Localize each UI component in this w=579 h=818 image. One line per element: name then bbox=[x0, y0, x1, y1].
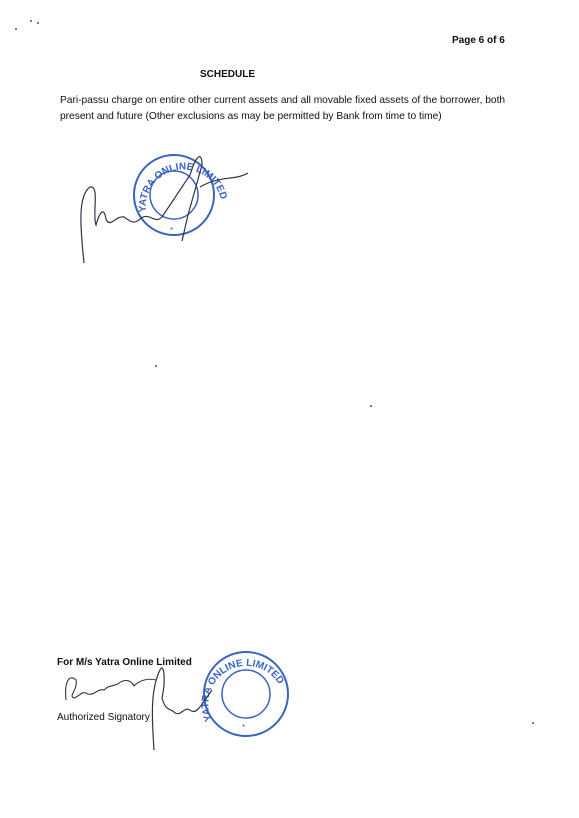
page-number: Page 6 of 6 bbox=[452, 35, 505, 46]
svg-text:*: * bbox=[242, 723, 245, 732]
company-seal-top: YATRA ONLINE LIMITED * bbox=[70, 145, 260, 270]
signature-bottom-right bbox=[152, 668, 212, 750]
scan-speck bbox=[370, 405, 372, 407]
svg-text:YATRA ONLINE LIMITED: YATRA ONLINE LIMITED bbox=[138, 161, 229, 212]
schedule-body-text: Pari-passu charge on entire other curren… bbox=[60, 93, 520, 125]
company-seal-bottom: YATRA ONLINE LIMITED * bbox=[60, 650, 300, 760]
signature-bottom-left bbox=[66, 678, 156, 700]
scan-speck bbox=[155, 365, 157, 367]
svg-text:*: * bbox=[170, 226, 173, 235]
scan-speck bbox=[532, 722, 534, 724]
scan-speck bbox=[30, 20, 32, 22]
scan-speck bbox=[37, 22, 39, 24]
scan-speck bbox=[15, 28, 17, 30]
schedule-title: SCHEDULE bbox=[200, 69, 255, 80]
seal-text: YATRA ONLINE LIMITED bbox=[138, 161, 229, 212]
